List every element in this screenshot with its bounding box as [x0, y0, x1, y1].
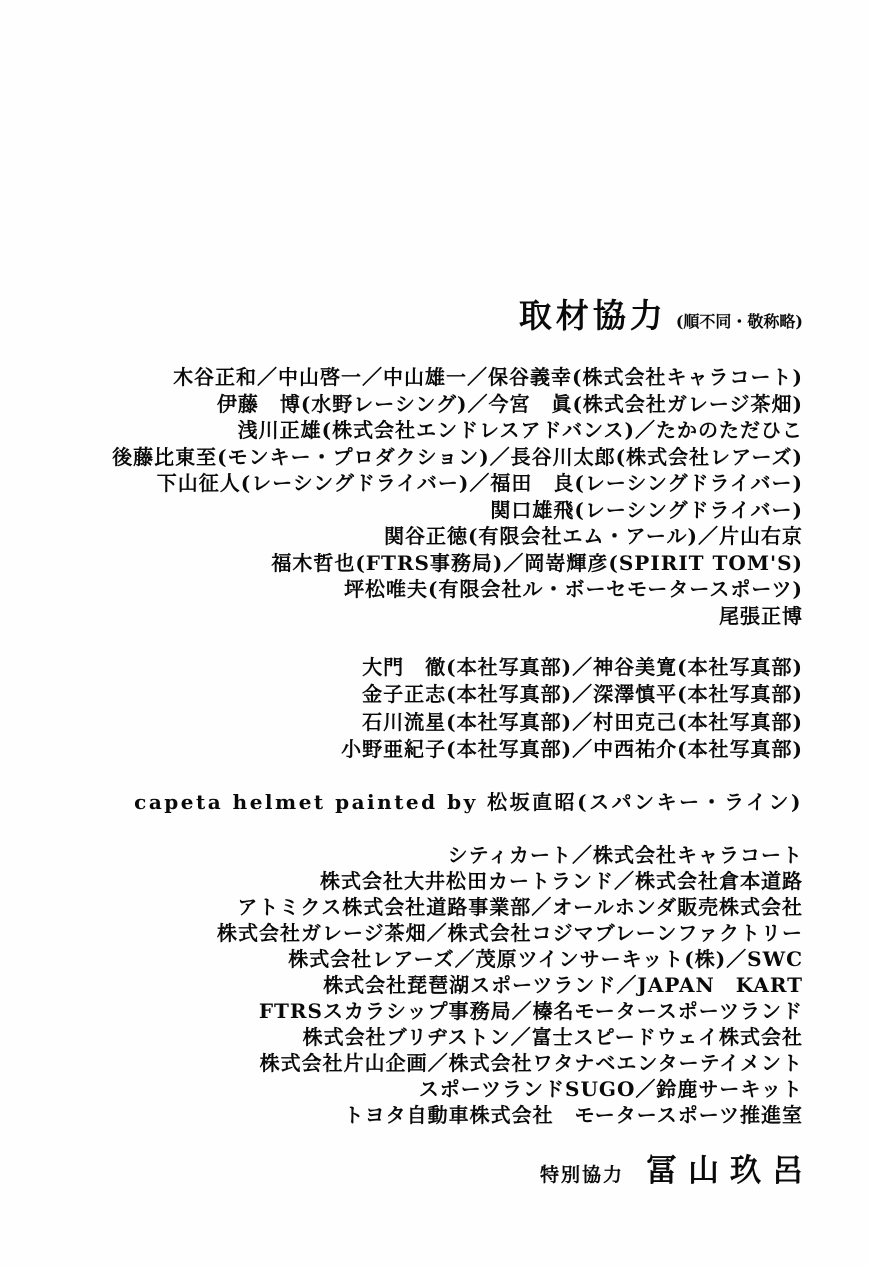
- credit-line: 浅川正雄(株式会社エンドレスアドバンス)／たかのただひこ: [0, 417, 803, 444]
- helmet-credit-line: capeta helmet painted by 松坂直昭(スパンキー・ライン): [0, 789, 803, 816]
- credits-page: 取材協力 (順不同・敬称略) 木谷正和／中山啓一／中山雄一／保谷義幸(株式会社キ…: [0, 0, 869, 1266]
- credit-line: シティカート／株式会社キャラコート: [0, 842, 803, 868]
- credit-line: 関谷正徳(有限会社エム・アール)／片山右京: [0, 523, 803, 550]
- credit-line: 大門 徹(本社写真部)／神谷美寛(本社写真部): [0, 654, 803, 681]
- credit-line: トヨタ自動車株式会社 モータースポーツ推進室: [0, 1102, 803, 1128]
- credit-line: 後藤比東至(モンキー・プロダクション)／長谷川太郎(株式会社レアーズ): [0, 444, 803, 471]
- photographer-credits-list: 大門 徹(本社写真部)／神谷美寛(本社写真部) 金子正志(本社写真部)／深澤慎平…: [0, 654, 803, 764]
- credit-line: スポーツランドSUGO／鈴鹿サーキット: [0, 1076, 803, 1102]
- page-title-note: (順不同・敬称略): [676, 314, 803, 330]
- special-credit-name: 冨山玖呂: [646, 1156, 814, 1187]
- individual-credits-list: 木谷正和／中山啓一／中山雄一／保谷義幸(株式会社キャラコート) 伊藤 博(水野レ…: [0, 364, 803, 629]
- credit-line: FTRSスカラシップ事務局／榛名モータースポーツランド: [0, 998, 803, 1024]
- special-credit-label: 特別協力: [540, 1166, 624, 1185]
- credit-line: 坪松唯夫(有限会社ル・ボーセモータースポーツ): [0, 576, 803, 603]
- credit-line: 福木哲也(FTRS事務局)／岡嵜輝彦(SPIRIT TOM'S): [0, 550, 803, 577]
- credit-line: 関口雄飛(レーシングドライバー): [0, 497, 803, 524]
- credit-line: 株式会社ガレージ茶畑／株式会社コジマブレーンファクトリー: [0, 920, 803, 946]
- credit-line: 株式会社レアーズ／茂原ツインサーキット(株)／SWC: [0, 946, 803, 972]
- credit-line: 下山征人(レーシングドライバー)／福田 良(レーシングドライバー): [0, 470, 803, 497]
- credit-line: 株式会社片山企画／株式会社ワタナベエンターテイメント: [0, 1050, 803, 1076]
- page-title-row: 取材協力 (順不同・敬称略): [0, 299, 803, 332]
- page-title: 取材協力: [519, 299, 667, 332]
- credit-line: アトミクス株式会社道路事業部／オールホンダ販売株式会社: [0, 894, 803, 920]
- credit-line: 伊藤 博(水野レーシング)／今宮 眞(株式会社ガレージ茶畑): [0, 391, 803, 418]
- credit-line: 株式会社琵琶湖スポーツランド／JAPAN KART: [0, 972, 803, 998]
- company-credits-list: シティカート／株式会社キャラコート 株式会社大井松田カートランド／株式会社倉本道…: [0, 842, 803, 1128]
- credit-line: 株式会社ブリヂストン／富士スピードウェイ株式会社: [0, 1024, 803, 1050]
- credit-line: 株式会社大井松田カートランド／株式会社倉本道路: [0, 868, 803, 894]
- credit-line: 尾張正博: [0, 603, 803, 630]
- credit-line: 石川流星(本社写真部)／村田克己(本社写真部): [0, 709, 803, 736]
- credit-line: 小野亜紀子(本社写真部)／中西祐介(本社写真部): [0, 736, 803, 763]
- special-credit-row: 特別協力 冨山玖呂: [0, 1156, 803, 1187]
- credit-line: 木谷正和／中山啓一／中山雄一／保谷義幸(株式会社キャラコート): [0, 364, 803, 391]
- credit-line: 金子正志(本社写真部)／深澤慎平(本社写真部): [0, 681, 803, 708]
